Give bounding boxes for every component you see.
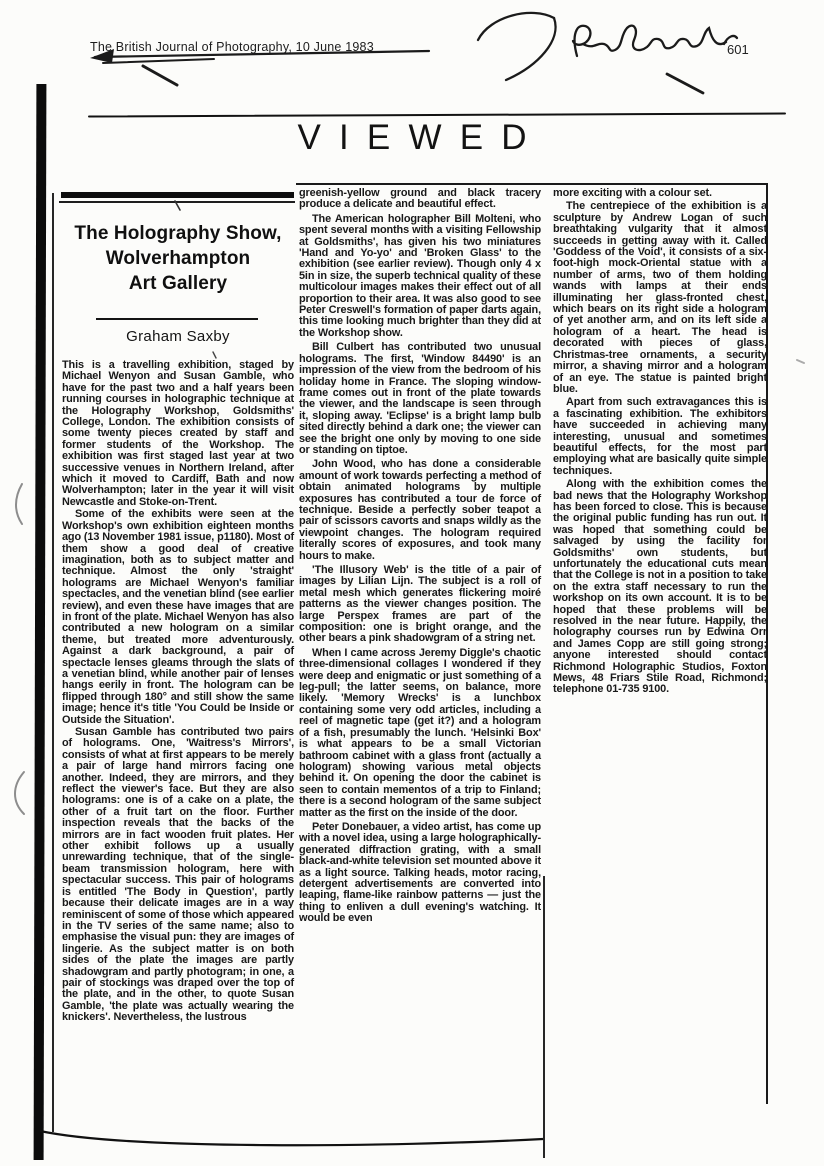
paragraph: The American holographer Bill Molteni, w… bbox=[299, 214, 541, 339]
section-title: VIEWED bbox=[0, 118, 824, 158]
paragraph: Susan Gamble has contributed two pairs o… bbox=[62, 727, 294, 1024]
article-column-1: This is a travelling exhibition, staged … bbox=[62, 360, 294, 1025]
signature-underline-stroke bbox=[667, 74, 703, 93]
article-title-line-1: The Holography Show, bbox=[62, 221, 294, 246]
article-byline: Graham Saxby bbox=[62, 328, 294, 345]
article-top-rule bbox=[59, 201, 295, 203]
article-top-bar bbox=[61, 192, 294, 198]
paragraph: Apart from such extravagances this is a … bbox=[553, 397, 767, 477]
scan-edge-bar bbox=[34, 84, 47, 1160]
paragraph: Some of the exhibits were seen at the Wo… bbox=[62, 509, 294, 726]
paragraph: greenish-yellow ground and black tracery… bbox=[299, 188, 541, 211]
paragraph: John Wood, who has done a considerable a… bbox=[299, 459, 541, 562]
paragraph: 'The Illusory Web' is the title of a pai… bbox=[299, 565, 541, 645]
paragraph: more exciting with a colour set. bbox=[553, 188, 767, 199]
column1-left-rule bbox=[52, 193, 54, 1132]
article-column-3: more exciting with a colour set. The cen… bbox=[553, 188, 767, 698]
byline-tick-mark bbox=[213, 352, 216, 358]
paragraph: Peter Donebauer, a video artist, has com… bbox=[299, 822, 541, 925]
page-number: 601 bbox=[727, 42, 749, 57]
handwritten-signature bbox=[478, 13, 737, 93]
paragraph: Bill Culbert has contributed two unusual… bbox=[299, 342, 541, 456]
clipping-top-rule bbox=[296, 183, 768, 185]
paragraph: The centrepiece of the exhibition is a s… bbox=[553, 201, 767, 395]
byline-rule bbox=[96, 318, 258, 320]
title-underline-arrow bbox=[90, 49, 429, 85]
paragraph: When I came across Jeremy Diggle's chaot… bbox=[299, 648, 541, 819]
paragraph: Along with the exhibition comes the bad … bbox=[553, 479, 767, 696]
journal-header: The British Journal of Photography, 10 J… bbox=[90, 40, 374, 54]
article-title-line-3: Art Gallery bbox=[62, 271, 294, 296]
scanned-magazine-page: The British Journal of Photography, 10 J… bbox=[0, 0, 824, 1166]
paragraph: This is a travelling exhibition, staged … bbox=[62, 360, 294, 508]
clipping-bottom-edge bbox=[40, 1131, 543, 1145]
article-column-2: greenish-yellow ground and black tracery… bbox=[299, 188, 541, 928]
article-title-line-2: Wolverhampton bbox=[62, 246, 294, 271]
article-title: The Holography Show, Wolverhampton Art G… bbox=[62, 221, 294, 296]
column-divider-rule bbox=[543, 876, 545, 1158]
